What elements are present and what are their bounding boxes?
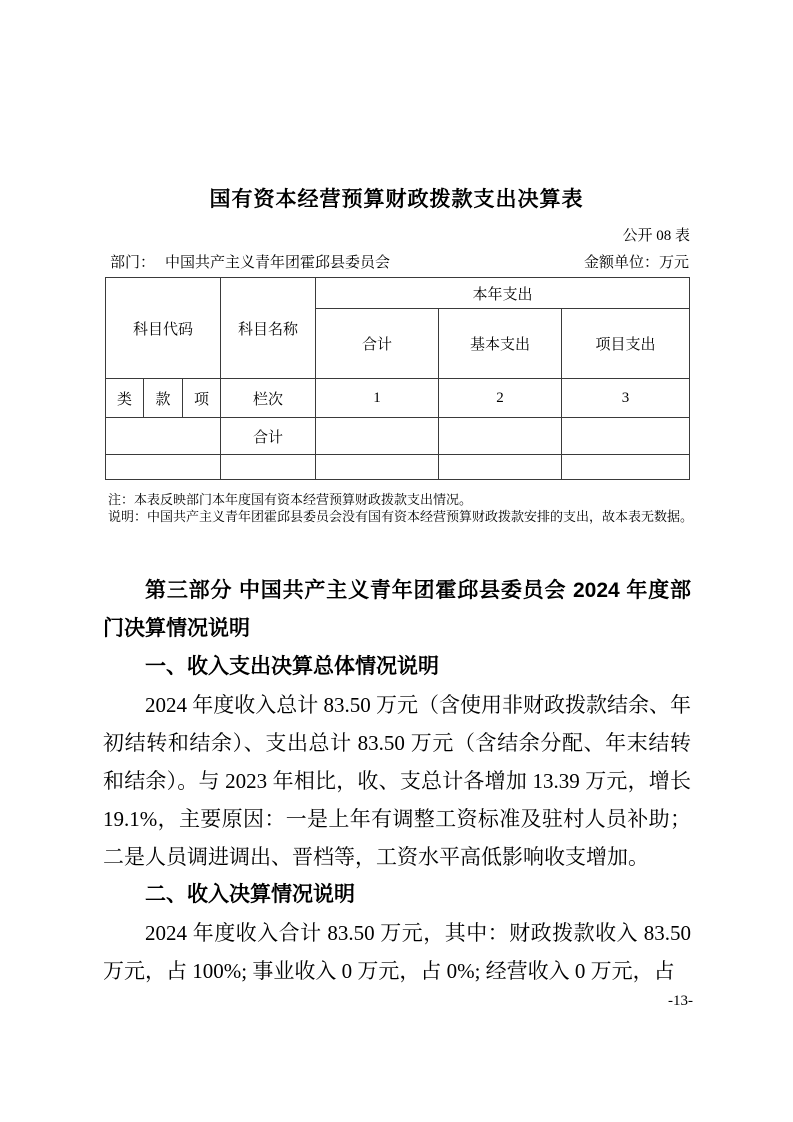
expenditure-table: 科目代码 科目名称 本年支出 合计 基本支出 项目支出 类 款 项 栏次 1 2… xyxy=(105,277,690,480)
column-index-1: 1 xyxy=(316,379,439,418)
row-name-cell: 合计 xyxy=(221,418,316,455)
table-meta-row: 部门：中国共产主义青年团霍邱县委员会 金额单位：万元 xyxy=(110,251,689,272)
department-label: 部门： xyxy=(110,255,155,271)
section-two-heading: 二、收入决算情况说明 xyxy=(103,876,691,914)
table-note-line: 注：本表反映部门本年度国有资本经营预算财政拨款支出情况。 xyxy=(108,491,698,508)
header-subject-name: 科目名称 xyxy=(221,278,316,379)
table-header-row-1: 科目代码 科目名称 本年支出 xyxy=(106,278,690,309)
header-subject-code: 科目代码 xyxy=(106,278,221,379)
row-total-cell xyxy=(316,418,439,455)
table-row: 合计 xyxy=(106,418,690,455)
header-project-expenditure: 项目支出 xyxy=(562,309,690,379)
header-column-label: 栏次 xyxy=(221,379,316,418)
column-index-2: 2 xyxy=(439,379,562,418)
header-total: 合计 xyxy=(316,309,439,379)
table-notes: 注：本表反映部门本年度国有资本经营预算财政拨款支出情况。 说明：中国共产主义青年… xyxy=(108,491,698,525)
header-basic-expenditure: 基本支出 xyxy=(439,309,562,379)
row-total-cell xyxy=(316,455,439,480)
table-row xyxy=(106,455,690,480)
row-project-cell xyxy=(562,455,690,480)
department-value: 中国共产主义青年团霍邱县委员会 xyxy=(155,255,390,271)
row-code-cell xyxy=(106,455,221,480)
row-basic-cell xyxy=(439,418,562,455)
section-one-heading: 一、收入支出决算总体情况说明 xyxy=(103,648,691,686)
header-item: 项 xyxy=(183,379,221,418)
amount-unit-label: 金额单位：万元 xyxy=(584,251,689,272)
table-title: 国有资本经营预算财政拨款支出决算表 xyxy=(0,183,793,213)
section-two-paragraph: 2024 年度收入合计 83.50 万元，其中：财政拨款收入 83.50 万元，… xyxy=(103,914,691,990)
document-page: 国有资本经营预算财政拨款支出决算表 公开 08 表 部门：中国共产主义青年团霍邱… xyxy=(0,0,793,1122)
row-project-cell xyxy=(562,418,690,455)
table-column-index-row: 类 款 项 栏次 1 2 3 xyxy=(106,379,690,418)
section-one-paragraph: 2024 年度收入总计 83.50 万元（含使用非财政拨款结余、年初结转和结余）… xyxy=(103,686,691,876)
header-clause: 款 xyxy=(144,379,183,418)
row-name-cell xyxy=(221,455,316,480)
table-code-label: 公开 08 表 xyxy=(622,224,690,245)
page-number: -13- xyxy=(668,993,693,1010)
row-code-cell xyxy=(106,418,221,455)
narrative-section: 第三部分 中国共产主义青年团霍邱县委员会 2024 年度部门决算情况说明 一、收… xyxy=(103,572,691,990)
table-explanation-line: 说明：中国共产主义青年团霍邱县委员会没有国有资本经营预算财政拨款安排的支出，故本… xyxy=(108,508,698,525)
header-current-year-expenditure: 本年支出 xyxy=(316,278,690,309)
part-three-heading: 第三部分 中国共产主义青年团霍邱县委员会 2024 年度部门决算情况说明 xyxy=(103,572,691,648)
header-category: 类 xyxy=(106,379,144,418)
department-line: 部门：中国共产主义青年团霍邱县委员会 xyxy=(110,251,390,272)
row-basic-cell xyxy=(439,455,562,480)
column-index-3: 3 xyxy=(562,379,690,418)
